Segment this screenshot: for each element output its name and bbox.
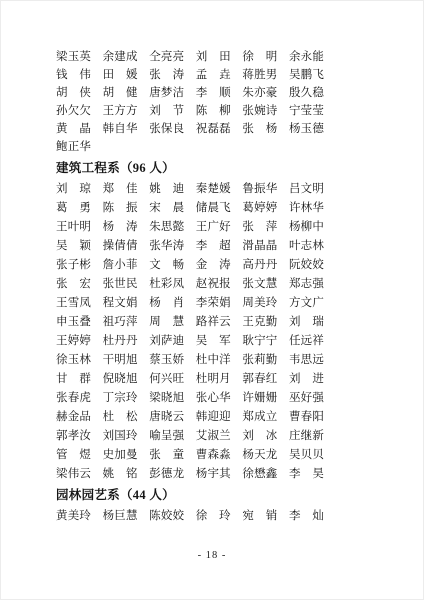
person-name: 曹春阳: [289, 408, 336, 424]
name-row: 黄 晶韩自华张保良祝磊磊张 杨杨玉德: [56, 119, 368, 137]
person-name: 宋 晨: [149, 199, 196, 215]
person-name: 方文广: [289, 294, 336, 310]
person-name: 李 昊: [289, 465, 336, 481]
person-name: 张 涛: [149, 66, 196, 82]
section-header: 建筑工程系（96 人）: [56, 159, 368, 178]
person-name: 张 萍: [242, 218, 289, 234]
person-name: 杜明月: [196, 370, 243, 386]
name-row: 王叶明杨 涛朱思懿王广好张 萍杨柳中: [56, 216, 368, 235]
person-name: 吴鹏飞: [289, 66, 336, 82]
person-name: 王婷婷: [56, 332, 103, 348]
name-block: 刘 琼郑 佳姚 迪秦楚媛鲁振华吕文明葛 勇陈 振宋 晨储晨飞葛婷婷许林华王叶明杨…: [56, 178, 368, 482]
person-name: 朱思懿: [149, 218, 196, 234]
person-name: 庄继新: [289, 427, 336, 443]
person-name: 韦思远: [289, 351, 336, 367]
person-name: 吴贝贝: [289, 446, 336, 462]
person-name: 梁晓旭: [149, 389, 196, 405]
person-name: 鲁振华: [242, 180, 289, 196]
person-name: 李 灿: [289, 507, 336, 523]
name-row: 吴 颖操倩倩张华涛李 超滑晶晶叶志林: [56, 235, 368, 254]
person-name: 殷久稳: [289, 84, 336, 100]
person-name: 史加曼: [103, 446, 150, 462]
person-name: 黄美玲: [56, 507, 103, 523]
person-name: 田 媛: [103, 66, 150, 82]
name-row: 甘 群倪晓旭何兴旺杜明月郭春红刘 进: [56, 368, 368, 387]
name-row: 张春虎丁宗玲梁晓旭张心华许姗姗巫好强: [56, 387, 368, 406]
person-name: 路祥云: [196, 313, 243, 329]
person-name: 张 童: [149, 446, 196, 462]
person-name: 李 超: [196, 237, 243, 253]
person-name: 叶志林: [289, 237, 336, 253]
person-name: 张 杨: [242, 120, 289, 136]
person-name: 周 慧: [149, 313, 196, 329]
person-name: 仝亮亮: [149, 48, 196, 64]
person-name: 张婉诗: [242, 102, 289, 118]
person-name: 徐懋鑫: [242, 465, 289, 481]
person-name: 陈 振: [103, 199, 150, 215]
person-name: 徐玉林: [56, 351, 103, 367]
person-name: 程文娟: [103, 294, 150, 310]
person-name: 祝磊磊: [196, 120, 243, 136]
name-row: 张子彬詹小菲文 畅金 涛高丹丹阮姣姣: [56, 254, 368, 273]
person-name: 耿宁宁: [242, 332, 289, 348]
person-name: 蒋胜男: [242, 66, 289, 82]
person-name: 杜彩凤: [149, 275, 196, 291]
person-name: 余建成: [103, 48, 150, 64]
person-name: 钱 伟: [56, 66, 103, 82]
name-row: 徐玉林干明旭蔡玉娇杜中洋张莉勤韦思远: [56, 349, 368, 368]
person-name: 艾淑兰: [196, 427, 243, 443]
person-name: 徐 玲: [196, 507, 243, 523]
document-page: 梁玉英余建成仝亮亮刘 田徐 明余永能钱 伟田 媛张 涛孟 垚蒋胜男吴鹏飞胡 侠胡…: [0, 0, 424, 600]
person-name: 刘 冰: [242, 427, 289, 443]
person-name: 祖巧萍: [103, 313, 150, 329]
person-name: 陈 柳: [196, 102, 243, 118]
person-name: 唐梦洁: [149, 84, 196, 100]
person-name: 葛 勇: [56, 199, 103, 215]
person-name: 倪晓旭: [103, 370, 150, 386]
person-name: 曹森淼: [196, 446, 243, 462]
person-name: 郭孝汝: [56, 427, 103, 443]
page-number: - 18 -: [1, 550, 423, 561]
person-name: 郑 佳: [103, 180, 150, 196]
person-name: 任远祥: [289, 332, 336, 348]
person-name: 刘国玲: [103, 427, 150, 443]
name-row: 胡 侠胡 健唐梦洁李 顺朱亦豪殷久稳: [56, 83, 368, 101]
person-name: 姚 铭: [103, 465, 150, 481]
person-name: 滑晶晶: [242, 237, 289, 253]
person-name: 杨宇其: [196, 465, 243, 481]
name-row: 郭孝汝刘国玲喻呈强艾淑兰刘 冰庄继新: [56, 425, 368, 444]
person-name: 詹小菲: [103, 256, 150, 272]
name-row: 张 宏张世民杜彩凤赵祝报张文慧郑志强: [56, 273, 368, 292]
person-name: 孙欠欠: [56, 102, 103, 118]
person-name: 李荣娟: [196, 294, 243, 310]
person-name: 姚 迪: [149, 180, 196, 196]
person-name: 何兴旺: [149, 370, 196, 386]
person-name: 李 顺: [196, 84, 243, 100]
person-name: 操倩倩: [103, 237, 150, 253]
person-name: 刘 田: [196, 48, 243, 64]
person-name: 蔡玉娇: [149, 351, 196, 367]
person-name: 刘 瑞: [289, 313, 336, 329]
person-name: 王广好: [196, 218, 243, 234]
person-name: 干明旭: [103, 351, 150, 367]
person-name: 张子彬: [56, 256, 103, 272]
name-row: 梁伟云姚 铭彭德龙杨宇其徐懋鑫李 昊: [56, 463, 368, 482]
person-name: 甘 群: [56, 370, 103, 386]
person-name: 刘 进: [289, 370, 336, 386]
person-name: 葛婷婷: [242, 199, 289, 215]
person-name: 胡 健: [103, 84, 150, 100]
person-name: 徐 明: [242, 48, 289, 64]
person-name: 刘 节: [149, 102, 196, 118]
person-name: 高丹丹: [242, 256, 289, 272]
name-row: 葛 勇陈 振宋 晨储晨飞葛婷婷许林华: [56, 197, 368, 216]
person-name: 唐晓云: [149, 408, 196, 424]
person-name: 宁莹莹: [289, 102, 336, 118]
person-name: 阮姣姣: [289, 256, 336, 272]
person-name: 韩迎迎: [196, 408, 243, 424]
name-row: 黄美玲杨巨慧陈姣姣徐 玲宛 销李 灿: [56, 505, 368, 524]
person-name: 王克勤: [242, 313, 289, 329]
person-name: 张春虎: [56, 389, 103, 405]
name-row: 梁玉英余建成仝亮亮刘 田徐 明余永能: [56, 47, 368, 65]
person-name: 张 宏: [56, 275, 103, 291]
document-body: 梁玉英余建成仝亮亮刘 田徐 明余永能钱 伟田 媛张 涛孟 垚蒋胜男吴鹏飞胡 侠胡…: [56, 47, 368, 524]
name-row: 王婷婷杜丹丹刘萨迪吴 军耿宁宁任远祥: [56, 330, 368, 349]
person-name: 杜中洋: [196, 351, 243, 367]
person-name: 王雪凤: [56, 294, 103, 310]
name-block: 梁玉英余建成仝亮亮刘 田徐 明余永能钱 伟田 媛张 涛孟 垚蒋胜男吴鹏飞胡 侠胡…: [56, 47, 368, 155]
name-row: 王雪凤程文娟杨 肖李荣娟周美玲方文广: [56, 292, 368, 311]
person-name: 杨巨慧: [103, 507, 150, 523]
name-row: 孙欠欠王方方刘 节陈 柳张婉诗宁莹莹: [56, 101, 368, 119]
person-name: 杜 松: [103, 408, 150, 424]
person-name: 余永能: [289, 48, 336, 64]
person-name: 孟 垚: [196, 66, 243, 82]
person-name: 张心华: [196, 389, 243, 405]
name-row: 管 煜史加曼张 童曹森淼杨天龙吴贝贝: [56, 444, 368, 463]
person-name: 吕文明: [289, 180, 336, 196]
person-name: 杨柳中: [289, 218, 336, 234]
person-name: 巫好强: [289, 389, 336, 405]
person-name: 吴 颖: [56, 237, 103, 253]
person-name: 秦楚媛: [196, 180, 243, 196]
person-name: 宛 销: [242, 507, 289, 523]
person-name: 张文慧: [242, 275, 289, 291]
person-name: 文 畅: [149, 256, 196, 272]
person-name: 许林华: [289, 199, 336, 215]
person-name: 杨天龙: [242, 446, 289, 462]
person-name: 郭春红: [242, 370, 289, 386]
person-name: 杜丹丹: [103, 332, 150, 348]
person-name: 鲍正华: [56, 138, 103, 154]
person-name: 韩自华: [103, 120, 150, 136]
person-name: 王叶明: [56, 218, 103, 234]
person-name: 周美玲: [242, 294, 289, 310]
person-name: 梁伟云: [56, 465, 103, 481]
person-name: 张保良: [149, 120, 196, 136]
name-row: 刘 琼郑 佳姚 迪秦楚媛鲁振华吕文明: [56, 178, 368, 197]
person-name: 陈姣姣: [149, 507, 196, 523]
person-name: 梁玉英: [56, 48, 103, 64]
person-name: 杨 肖: [149, 294, 196, 310]
person-name: 郑志强: [289, 275, 336, 291]
name-row: 申玉叠祖巧萍周 慧路祥云王克勤刘 瑞: [56, 311, 368, 330]
person-name: 刘萨迪: [149, 332, 196, 348]
person-name: 王方方: [103, 102, 150, 118]
person-name: 杨玉德: [289, 120, 336, 136]
person-name: 许姗姗: [242, 389, 289, 405]
name-row: 鲍正华: [56, 137, 368, 155]
name-block: 黄美玲杨巨慧陈姣姣徐 玲宛 销李 灿: [56, 505, 368, 524]
person-name: 胡 侠: [56, 84, 103, 100]
person-name: 张莉勤: [242, 351, 289, 367]
person-name: 黄 晶: [56, 120, 103, 136]
person-name: 申玉叠: [56, 313, 103, 329]
person-name: 张华涛: [149, 237, 196, 253]
person-name: 管 煜: [56, 446, 103, 462]
person-name: 吴 军: [196, 332, 243, 348]
name-row: 钱 伟田 媛张 涛孟 垚蒋胜男吴鹏飞: [56, 65, 368, 83]
person-name: 喻呈强: [149, 427, 196, 443]
person-name: 赫金品: [56, 408, 103, 424]
person-name: 储晨飞: [196, 199, 243, 215]
person-name: 丁宗玲: [103, 389, 150, 405]
person-name: 杨 涛: [103, 218, 150, 234]
person-name: 刘 琼: [56, 180, 103, 196]
person-name: 金 涛: [196, 256, 243, 272]
person-name: 郑成立: [242, 408, 289, 424]
person-name: 彭德龙: [149, 465, 196, 481]
person-name: 赵祝报: [196, 275, 243, 291]
person-name: 朱亦豪: [242, 84, 289, 100]
name-row: 赫金品杜 松唐晓云韩迎迎郑成立曹春阳: [56, 406, 368, 425]
section-header: 园林园艺系（44 人）: [56, 486, 368, 505]
person-name: 张世民: [103, 275, 150, 291]
